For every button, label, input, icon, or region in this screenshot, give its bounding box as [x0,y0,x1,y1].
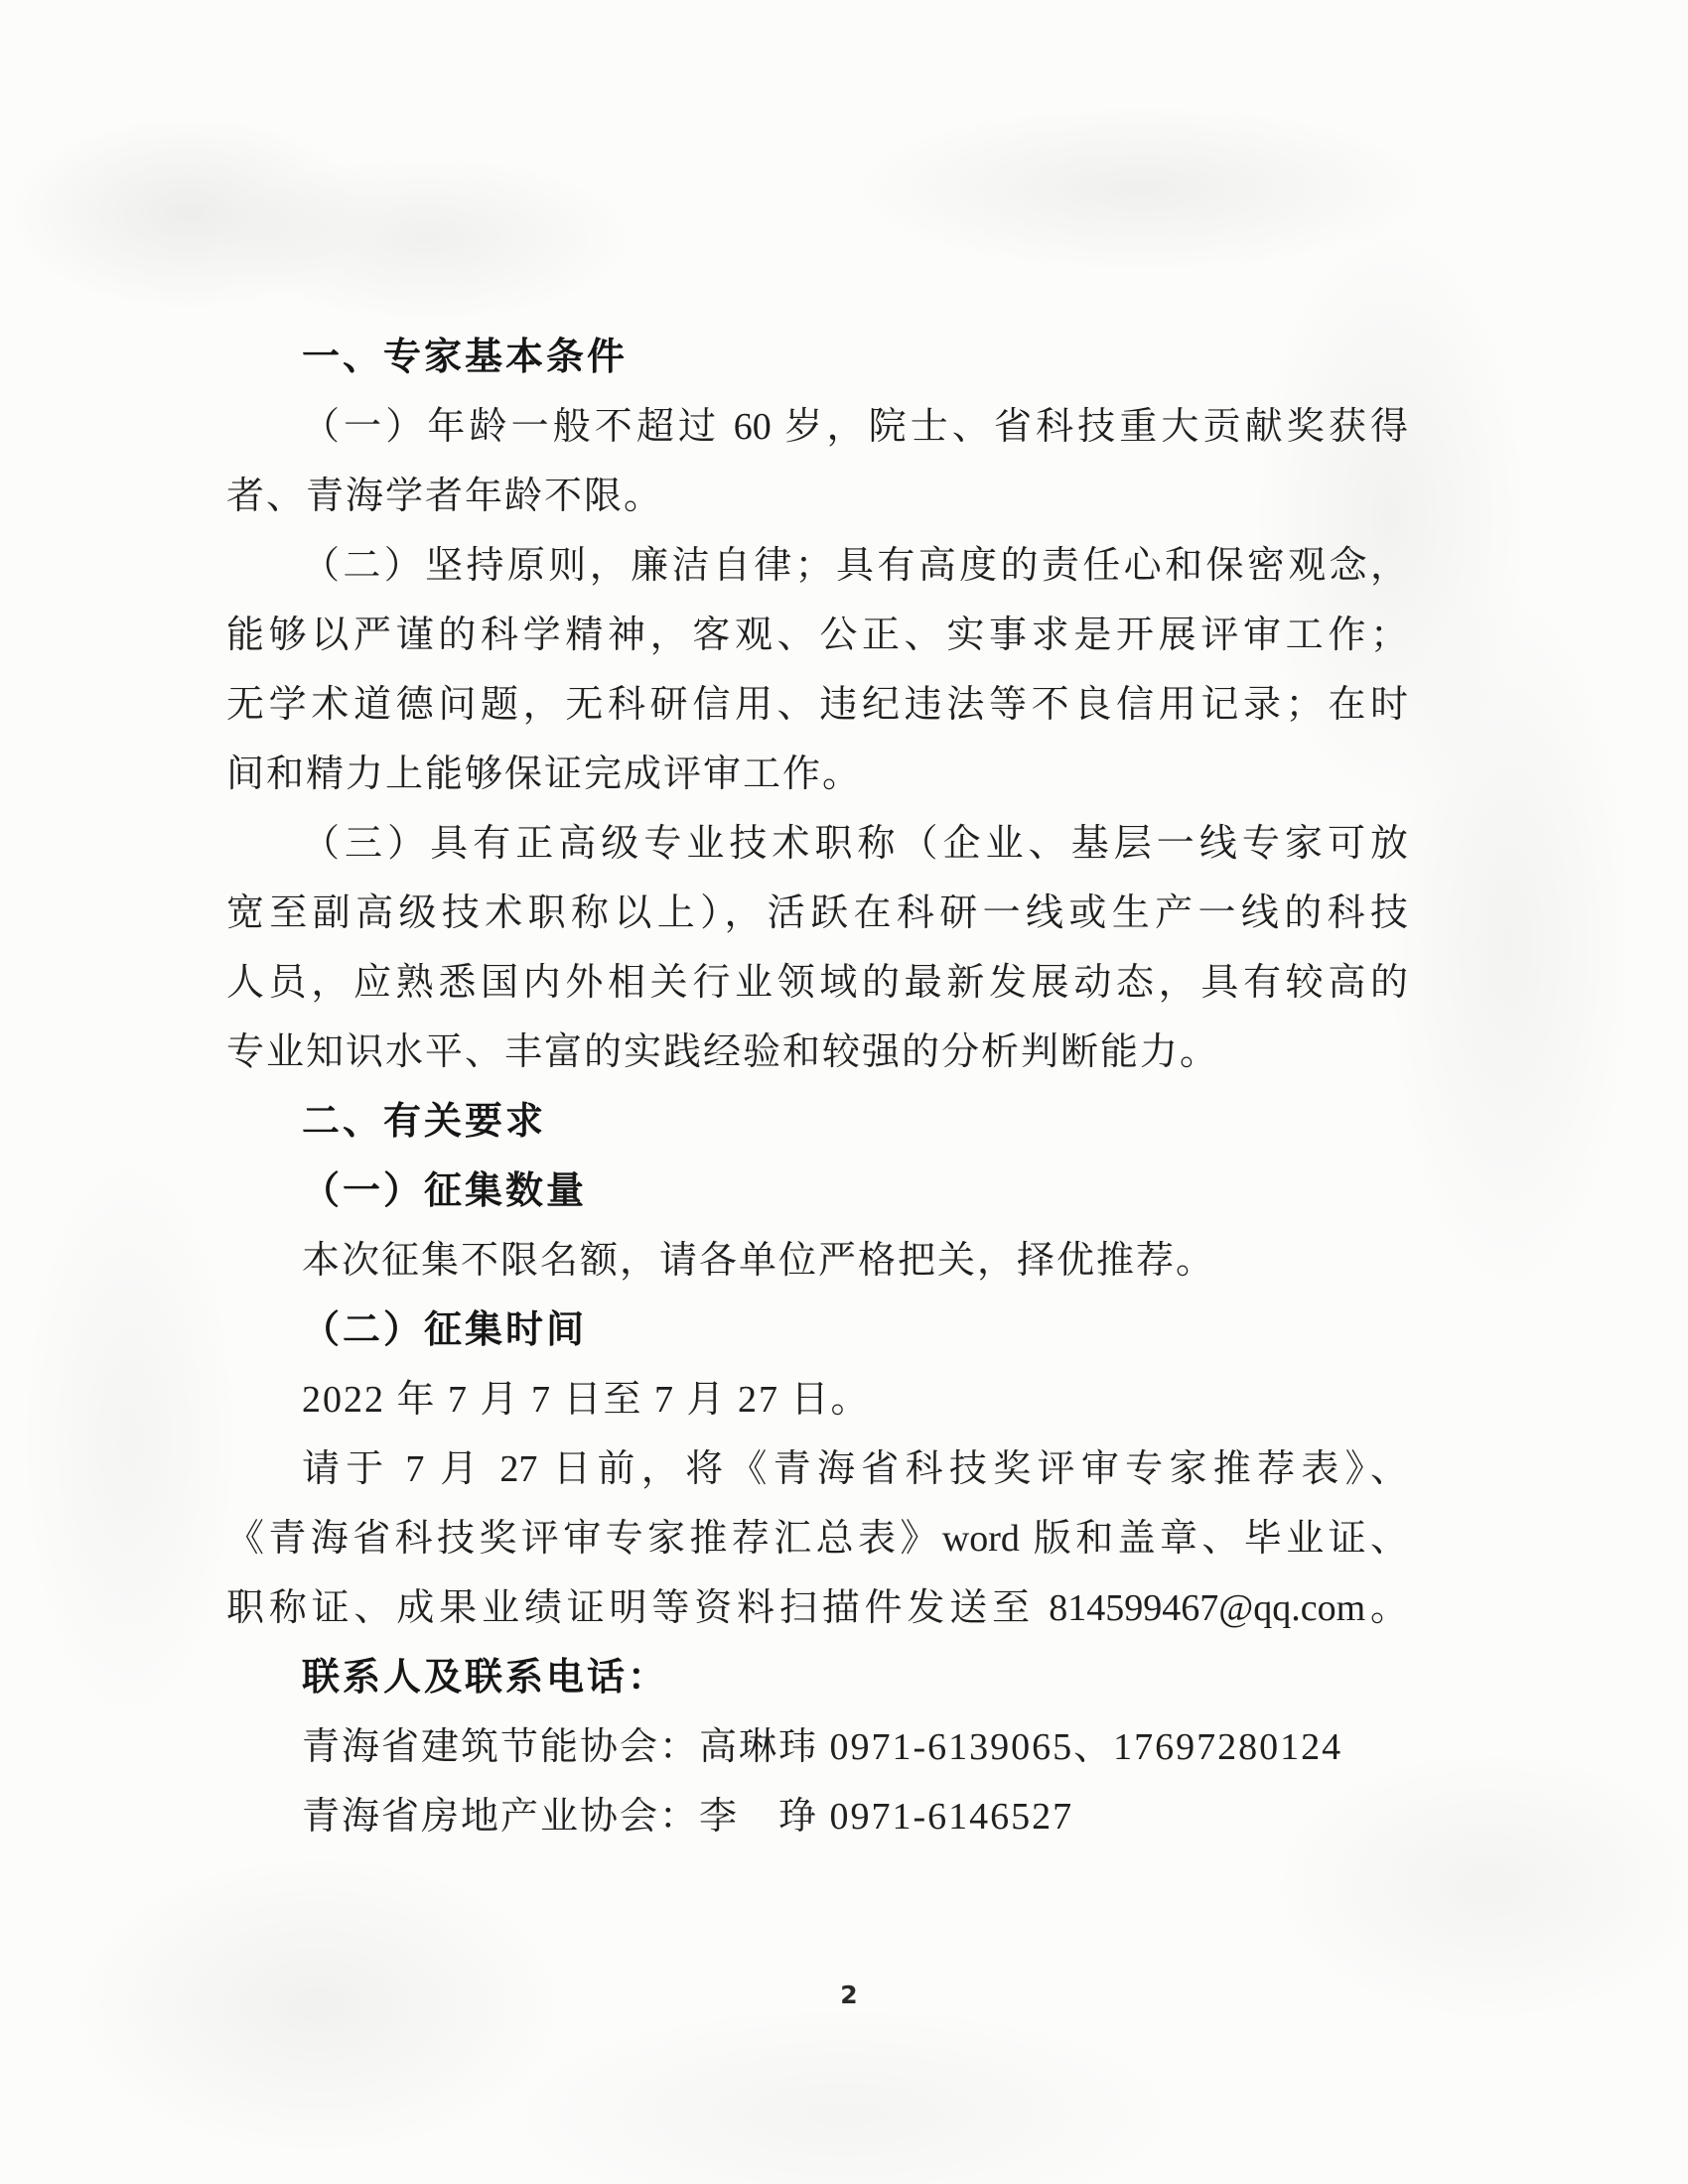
section-heading-1: 一、专家基本条件 [226,323,1408,392]
subsection-heading-1: （一）征集数量 [226,1157,1408,1226]
contact-line: 青海省建筑节能协会：高琳玮 0971-6139065、17697280124 [226,1712,1408,1782]
document-line: 人员，应熟悉国内外相关行业领域的最新发展动态，具有较高的 [226,948,1408,1018]
document-line: （一）年龄一般不超过 60 岁，院士、省科技重大贡献奖获得 [226,392,1408,462]
document-line: 者、青海学者年龄不限。 [226,462,1408,531]
section-heading-2: 二、有关要求 [226,1087,1408,1157]
contact-heading: 联系人及联系电话： [226,1643,1408,1712]
document-text-block: 一、专家基本条件 （一）年龄一般不超过 60 岁，院士、省科技重大贡献奖获得 者… [226,323,1408,1851]
document-line: 间和精力上能够保证完成评审工作。 [226,740,1408,809]
subsection-heading-2: （二）征集时间 [226,1296,1408,1365]
contact-line: 青海省房地产业协会：李 琤 0971-6146527 [226,1782,1408,1851]
document-line: 能够以严谨的科学精神，客观、公正、实事求是开展评审工作； [226,601,1408,670]
document-line: （三）具有正高级专业技术职称（企业、基层一线专家可放 [226,809,1408,879]
document-line: 无学术道德问题，无科研信用、违纪违法等不良信用记录；在时 [226,670,1408,740]
document-line: 宽至副高级技术职称以上），活跃在科研一线或生产一线的科技 [226,879,1408,948]
document-line: 2022 年 7 月 7 日至 7 月 27 日。 [226,1365,1408,1434]
document-line: 职称证、成果业绩证明等资料扫描件发送至 814599467@qq.com。 [226,1573,1408,1643]
document-line: 请于 7 月 27 日前，将《青海省科技奖评审专家推荐表》、 [226,1434,1408,1504]
document-line: （二）坚持原则，廉洁自律；具有高度的责任心和保密观念， [226,531,1408,601]
page-number: 2 [814,1980,884,2009]
document-line: 《青海省科技奖评审专家推荐汇总表》word 版和盖章、毕业证、 [226,1504,1408,1573]
document-line: 专业知识水平、丰富的实践经验和较强的分析判断能力。 [226,1018,1408,1087]
document-line: 本次征集不限名额，请各单位严格把关，择优推荐。 [226,1226,1408,1296]
scanned-page: 一、专家基本条件 （一）年龄一般不超过 60 岁，院士、省科技重大贡献奖获得 者… [0,0,1688,2184]
